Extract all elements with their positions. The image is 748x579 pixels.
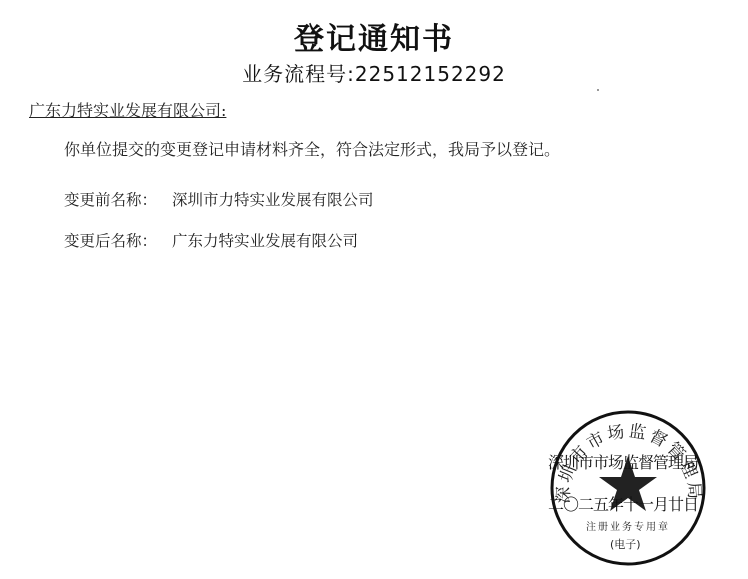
seal-date: 二〇二五年十一月廿日 [548,492,698,515]
notice-body: 你单位提交的变更登记申请材料齐全，符合法定形式，我局予以登记。 [64,137,560,160]
official-seal: 深圳市市场监督管理局 深圳市市场监督管理局 二〇二五年十一月廿日 注册业务专用章… [548,408,708,568]
serial-line: 业务流程号:22512152292 [0,58,748,87]
page-title: 登记通知书 [0,14,748,58]
field-after-name: 变更后名称：广东力特实业发展有限公司 [64,229,358,251]
field-label: 变更后名称： [64,229,172,251]
serial-number: 22512152292 [355,62,506,86]
field-before-name: 变更前名称：深圳市力特实业发展有限公司 [64,188,374,210]
field-label: 变更前名称： [64,188,172,210]
addressee: 广东力特实业发展有限公司: [29,98,226,121]
scan-speck [597,89,599,91]
field-value: 广东力特实业发展有限公司 [172,232,358,250]
seal-purpose: 注册业务专用章 [586,518,670,533]
serial-label: 业务流程号: [242,62,355,86]
field-value: 深圳市力特实业发展有限公司 [172,191,374,209]
seal-issuer-text: 深圳市市场监督管理局 [548,450,698,473]
seal-type: (电子) [610,536,641,552]
